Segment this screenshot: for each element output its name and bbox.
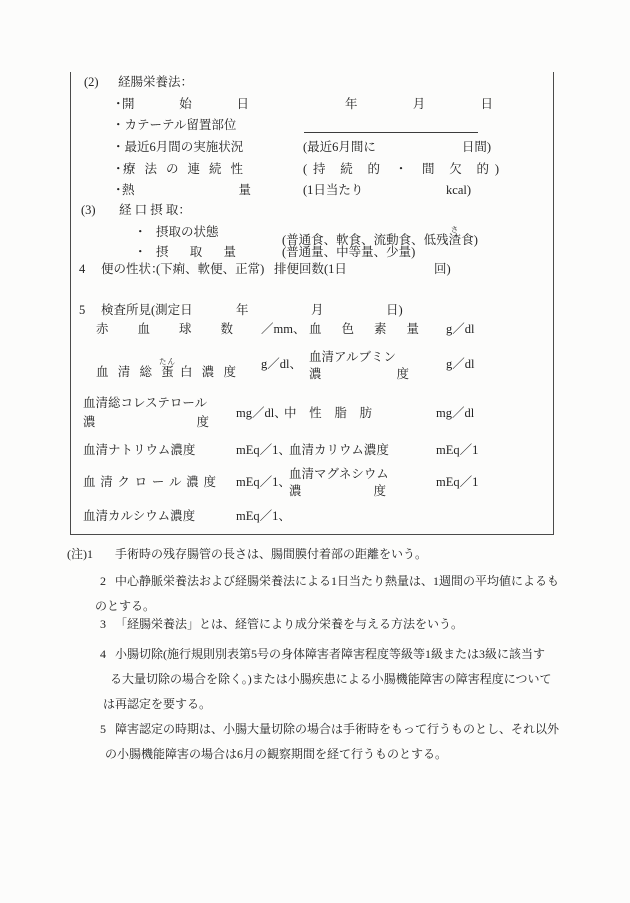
- stool-label: 便の性状：: [101, 262, 164, 277]
- calorie-value: (1日当たりkcal): [303, 183, 471, 198]
- stool-options: (下痢、軟便、正常): [156, 262, 264, 277]
- rbc-label: 赤 血 球 数: [96, 322, 233, 337]
- section4-number: 4: [79, 262, 85, 277]
- lab-date-month: 月: [311, 303, 324, 318]
- serum-potassium-label: 血清カリウム濃度: [289, 443, 389, 458]
- note2-text-line1: 中心静脈栄養法および経腸栄養法による1日当たり熱量は、1週間の平均値によるも: [115, 574, 559, 589]
- serum-magnesium-unit: mEq／1: [436, 475, 478, 490]
- note1-text: 手術時の残存腸管の長さは、腸間膜付着部の距離をいう。: [115, 547, 427, 562]
- intake-state-options-post: 食): [461, 233, 478, 247]
- section2-number: (2): [84, 75, 99, 90]
- calorie-per-day: (1日当たり: [303, 183, 363, 198]
- serum-albumin-unit: g／dl: [446, 357, 474, 372]
- note4-text-line1: 小腸切除(施行規則別表第5号の身体障害者障害程度等級等1級または3級に該当す: [115, 647, 545, 662]
- rbc-unit: ／mm、: [261, 322, 305, 337]
- note5-text-line1: 障害認定の時期は、小腸大量切除の場合は手術時をもって行うものとし、それ以外: [115, 722, 559, 737]
- catheter-site-label: ・カテーテル留置部位: [112, 118, 236, 133]
- recent-status-value: (最近6月間に日間): [303, 140, 491, 155]
- serum-potassium-unit: mEq／1: [436, 443, 478, 458]
- lab-date-year: 年: [236, 303, 249, 318]
- serum-total-protein-ruby: 蛋たん: [161, 365, 174, 379]
- serum-total-protein-ruby-text: たん: [159, 357, 176, 366]
- stool-frequency-label: 排便回数(1日: [274, 262, 347, 277]
- note2-text-line2: のとする。: [95, 599, 155, 614]
- continuity-label: 療 法 の 連 続 性: [123, 162, 243, 177]
- intake-state-label: 摂取の状態: [156, 225, 219, 240]
- form-box: (2) 経腸栄養法： ・ 開 始 日 年 月 日 ・カテーテル留置部位 ・最近6…: [70, 72, 554, 535]
- note4-text-line3: は再認定を要する。: [103, 697, 211, 712]
- serum-chloride-label: 血 清 ク ロ ー ル 濃 度: [83, 475, 216, 490]
- note3-text: 「経腸栄養法」とは、経管により成分栄養を与える方法をいう。: [115, 617, 463, 632]
- stool-frequency-unit: 回): [434, 262, 451, 277]
- serum-sodium-unit: mEq／1、: [236, 443, 291, 458]
- calorie-label: 熱 量: [122, 183, 251, 198]
- note3-number: 3: [100, 617, 106, 632]
- serum-albumin-label-line1: 血清アルブミン: [309, 350, 396, 365]
- intake-state-ruby-text: さ: [449, 225, 462, 234]
- note1-number: (注)1: [67, 547, 93, 562]
- recent-status-label: ・最近6月間の実施状況: [112, 140, 243, 155]
- serum-sodium-label: 血清ナトリウム濃度: [83, 443, 195, 458]
- intake-state-ruby: 渣さ: [449, 233, 462, 247]
- serum-magnesium-label-line1: 血清マグネシウム: [289, 467, 389, 482]
- lab-findings-title: 検査所見(測定日: [101, 303, 193, 318]
- serum-cholesterol-unit: mg／dl、: [236, 406, 287, 421]
- note4-text-line2: る大量切除の場合を除く。)または小腸疾患による小腸機能障害の障害程度について: [110, 672, 552, 687]
- section5-number: 5: [79, 303, 85, 318]
- start-date-label: 開 始 日: [122, 97, 249, 112]
- note4-number: 4: [100, 647, 106, 662]
- serum-total-protein-pre: 血 清 総: [96, 365, 161, 379]
- catheter-site-fill-line: [304, 132, 478, 133]
- triglyceride-label: 中 性 脂 肪: [284, 406, 372, 421]
- serum-albumin-label-line2: 濃 度: [309, 367, 409, 382]
- start-date-ymd-blanks: 年 月 日: [345, 97, 493, 112]
- triglyceride-unit: mg／dl: [436, 406, 474, 421]
- document-page: (2) 経腸栄養法： ・ 開 始 日 年 月 日 ・カテーテル留置部位 ・最近6…: [0, 0, 630, 903]
- intake-amount-bullet: ・: [134, 245, 147, 260]
- note5-text-line2: の小腸機能障害の場合は6月の観察期間を経て行うものとする。: [105, 747, 447, 762]
- hemoglobin-unit: g／dl: [446, 322, 474, 337]
- serum-total-protein-label: 血 清 総 蛋たん 白 濃 度: [96, 357, 236, 380]
- note5-number: 5: [100, 722, 106, 737]
- intake-amount-options: (普通量、中等量、少量): [282, 245, 415, 260]
- continuity-options: (持 続 的 ・ 間 欠 的): [303, 162, 499, 177]
- section3-number: (3): [81, 203, 96, 218]
- lab-date-day: 日): [386, 303, 403, 318]
- serum-calcium-label: 血清カルシウム濃度: [83, 509, 195, 524]
- intake-state-ruby-base: 渣: [449, 233, 462, 247]
- hemoglobin-label: 血 色 素 量: [309, 322, 419, 337]
- serum-cholesterol-label-line2: 濃 度: [83, 415, 209, 430]
- recent-status-open: (最近6月間に: [303, 140, 376, 155]
- recent-status-days-unit: 日間): [462, 140, 491, 155]
- section2-title: 経腸栄養法：: [118, 75, 193, 90]
- intake-amount-label: 摂 取 量: [156, 245, 236, 260]
- serum-magnesium-label-line2: 濃 度: [289, 484, 386, 499]
- section3-title: 経 口 摂 取：: [119, 203, 191, 218]
- intake-state-bullet: ・: [134, 225, 147, 240]
- serum-total-protein-post: 白 濃 度: [174, 365, 236, 379]
- serum-cholesterol-label-line1: 血清総コレステロール: [83, 396, 207, 411]
- calorie-kcal-unit: kcal): [446, 183, 471, 198]
- serum-calcium-unit: mEq／1、: [236, 509, 291, 524]
- serum-chloride-unit: mEq／1、: [236, 475, 291, 490]
- serum-total-protein-unit: g／dl、: [261, 357, 302, 372]
- note2-number: 2: [100, 574, 106, 589]
